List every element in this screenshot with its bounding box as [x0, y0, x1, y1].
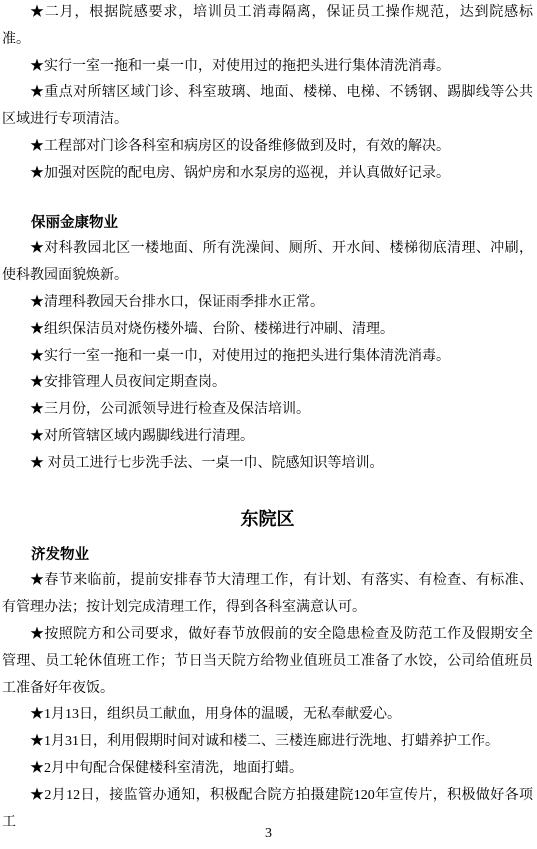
paragraph: ★2月中旬配合保健楼科室清洗，地面打蜡。 — [2, 756, 533, 783]
document-body: ★二月，根据院感要求，培训员工消毒隔离，保证员工操作规范，达到院感标准。★实行一… — [2, 0, 533, 836]
paragraph: ★1月31日，利用假期时间对诚和楼二、三楼连廊进行洗地、打蜡养护工作。 — [2, 729, 533, 756]
page-number: 3 — [265, 826, 272, 841]
subsection-heading: 济发物业 — [2, 542, 533, 569]
paragraph: ★1月13日，组织员工献血，用身体的温暖，无私奉献爱心。 — [2, 702, 533, 729]
paragraph: ★对所管辖区域内踢脚线进行清理。 — [2, 424, 533, 451]
paragraph: ★按照院方和公司要求，做好春节放假前的安全隐患检查及防范工作及假期安全管理、员工… — [2, 622, 533, 702]
paragraph: ★清理科教园天台排水口，保证雨季排水正常。 — [2, 290, 533, 317]
paragraph: ★二月，根据院感要求，培训员工消毒隔离，保证员工操作规范，达到院感标准。 — [2, 0, 533, 54]
paragraph: ★实行一室一拖和一桌一巾，对使用过的拖把头进行集体清洗消毒。 — [2, 54, 533, 81]
paragraph: ★三月份，公司派领导进行检查及保洁培训。 — [2, 397, 533, 424]
page-footer: 3 — [0, 824, 537, 843]
paragraph: ★工程部对门诊各科室和病房区的设备维修做到及时，有效的解决。 — [2, 134, 533, 161]
document-page: ★二月，根据院感要求，培训员工消毒隔离，保证员工操作规范，达到院感标准。★实行一… — [0, 0, 537, 849]
paragraph: ★重点对所辖区域门诊、科室玻璃、地面、楼梯、电梯、不锈钢、踢脚线等公共区域进行专… — [2, 80, 533, 134]
paragraph: ★对科教园北区一楼地面、所有洗澡间、厕所、开水间、楼梯彻底清理、冲刷，使科教园面… — [2, 236, 533, 290]
paragraph: ★安排管理人员夜间定期查岗。 — [2, 370, 533, 397]
subsection-heading: 保丽金康物业 — [2, 210, 533, 237]
paragraph: ★春节来临前，提前安排春节大清理工作，有计划、有落实、有检查、有标准、有管理办法… — [2, 568, 533, 622]
paragraph: ★组织保洁员对烧伤楼外墙、台阶、楼梯进行冲刷、清理。 — [2, 317, 533, 344]
paragraph: ★实行一室一拖和一桌一巾，对使用过的拖把头进行集体清洗消毒。 — [2, 344, 533, 371]
paragraph: ★ 对员工进行七步洗手法、一桌一巾、院感知识等培训。 — [2, 451, 533, 478]
paragraph: ★加强对医院的配电房、锅炉房和水泵房的巡视，并认真做好记录。 — [2, 161, 533, 188]
section-heading: 东院区 — [2, 503, 533, 536]
